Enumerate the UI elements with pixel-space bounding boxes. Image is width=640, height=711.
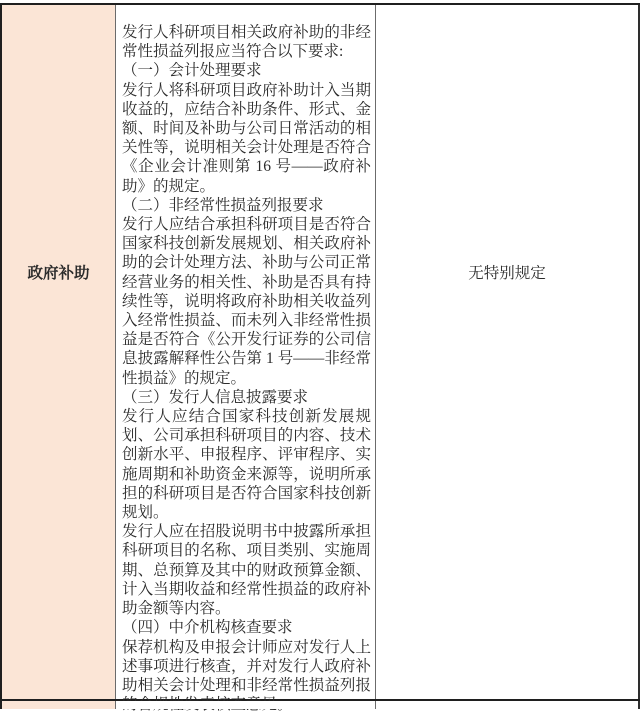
requirement-paragraph: （二）非经常性损益列报要求 <box>122 196 371 215</box>
next-row-right-sliver <box>376 701 640 709</box>
provision-cell: 无特别规定 <box>376 5 640 699</box>
requirement-paragraph: 发行人应结合国家科技创新发展规划、公司承担科研项目的内容、技术创新水平、申报程序… <box>122 407 371 522</box>
next-row-category-sliver <box>0 701 116 709</box>
requirement-paragraph: （三）发行人信息披露要求 <box>122 388 371 407</box>
requirement-paragraph: 发行人将科研项目政府补助计入当期收益的，应结合补助条件、形式、金额、时间及补助与… <box>122 81 371 196</box>
requirements-cell: 发行人科研项目相关政府补助的非经常性损益列报应当符合以下要求:（一）会计处理要求… <box>116 5 376 699</box>
next-row-mid-sliver <box>116 701 376 709</box>
requirement-paragraph: 发行人科研项目相关政府补助的非经常性损益列报应当符合以下要求: <box>122 23 371 61</box>
next-row-sliver <box>0 701 640 709</box>
table-row: 政府补助 发行人科研项目相关政府补助的非经常性损益列报应当符合以下要求:（一）会… <box>0 3 640 701</box>
requirement-paragraph: 保荐机构及申报会计师应对发行人上述事项进行核查，并对发行人政府补助相关会计处理和… <box>122 638 371 711</box>
requirement-paragraph: （四）中介机构核查要求 <box>122 618 371 637</box>
requirement-paragraph: 发行人应在招股说明书中披露所承担科研项目的名称、项目类别、实施周期、总预算及其中… <box>122 522 371 618</box>
requirement-paragraph: （一）会计处理要求 <box>122 61 371 80</box>
regulation-table-page: 政府补助 发行人科研项目相关政府补助的非经常性损益列报应当符合以下要求:（一）会… <box>0 0 640 711</box>
provision-label: 无特别规定 <box>468 265 546 282</box>
requirement-paragraph: 发行人应结合承担科研项目是否符合国家科技创新发展规划、相关政府补助的会计处理方法… <box>122 215 371 388</box>
category-label: 政府补助 <box>27 265 89 282</box>
category-cell: 政府补助 <box>0 5 116 699</box>
